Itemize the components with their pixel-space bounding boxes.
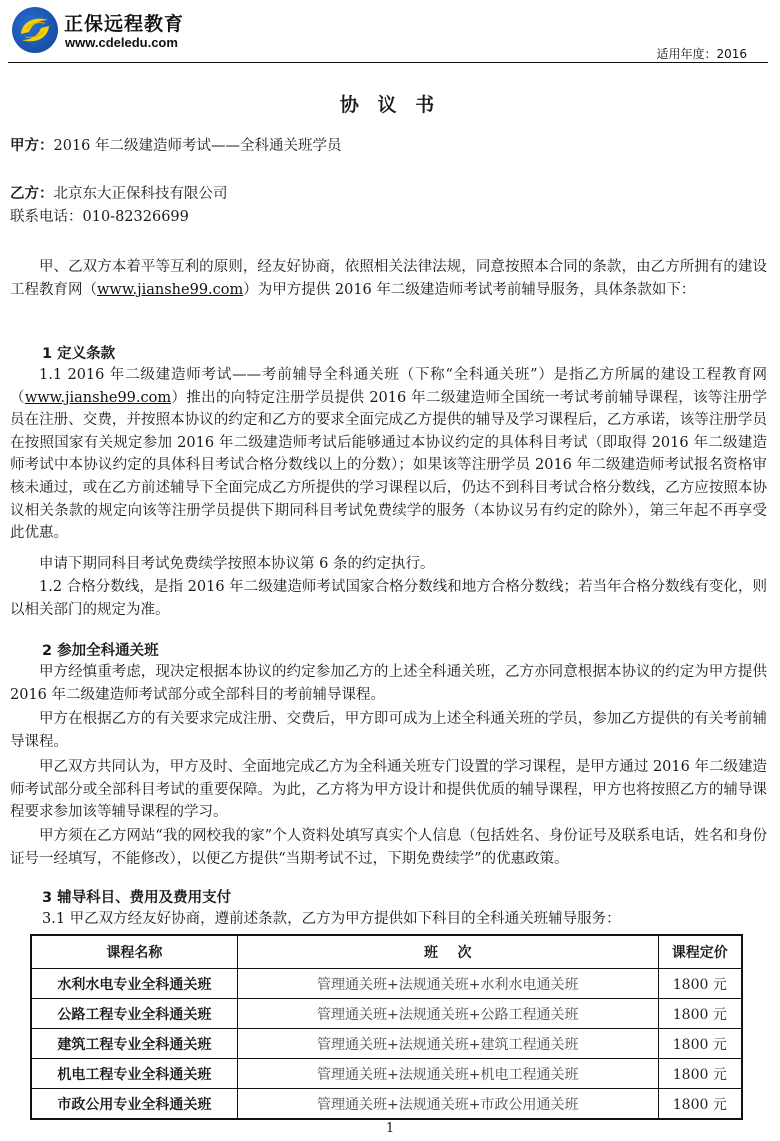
table-row: 公路工程专业全科通关班 管理通关班+法规通关班+公路工程通关班 1800 元 [31, 999, 742, 1029]
header-divider [8, 62, 768, 63]
document-title: 协 议 书 [0, 90, 780, 117]
course-name: 公路工程专业全科通关班 [31, 999, 237, 1029]
table-header-row: 课程名称 班 次 课程定价 [31, 935, 742, 969]
brand-name: 正保远程教育 [64, 9, 184, 36]
course-price: 1800 元 [658, 1089, 742, 1120]
section-3-heading: 3 辅导科目、费用及费用支付 [42, 886, 231, 907]
header-course-name: 课程名称 [31, 935, 237, 969]
course-price: 1800 元 [658, 999, 742, 1029]
table-row: 建筑工程专业全科通关班 管理通关班+法规通关班+建筑工程通关班 1800 元 [31, 1029, 742, 1059]
section-2-heading: 2 参加全科通关班 [42, 639, 159, 660]
table-row: 机电工程专业全科通关班 管理通关班+法规通关班+机电工程通关班 1800 元 [31, 1059, 742, 1089]
course-name: 机电工程专业全科通关班 [31, 1059, 237, 1089]
section-1-heading: 1 定义条款 [42, 342, 115, 363]
course-name: 水利水电专业全科通关班 [31, 969, 237, 999]
header-course-price: 课程定价 [658, 935, 742, 969]
section-1-renewal-note: 申请下期同科目考试免费续学按照本协议第 6 条的约定执行。 [10, 553, 767, 576]
course-classes: 管理通关班+法规通关班+公路工程通关班 [237, 999, 658, 1029]
page-header: 正保远程教育 www.cdeledu.com 适用年度：2016 [0, 0, 780, 64]
section-3-clause-3-1: 3.1 甲乙双方经友好协商，遵前述条款，乙方为甲方提供如下科目的全科通关班辅导服… [42, 908, 768, 930]
contact-label: 联系电话： [10, 209, 83, 225]
party-b-value: 北京东大正保科技有限公司 [54, 186, 228, 202]
course-price: 1800 元 [658, 1029, 742, 1059]
clause-text-cont: ）推出的向特定注册学员提供 2016 年二级建造师全国统一考试考前辅导课程，该等… [10, 390, 767, 542]
brand-url[interactable]: www.cdeledu.com [65, 35, 178, 50]
section-1-clause-1-2: 1.2 合格分数线，是指 2016 年二级建造师考试国家合格分数线和地方合格分数… [10, 576, 767, 621]
section-2-para-2: 甲方在根据乙方的有关要求完成注册、交费后，甲方即可成为上述全科通关班的学员，参加… [10, 708, 767, 753]
section-2-para-1: 甲方经慎重考虑，现决定根据本协议的约定参加乙方的上述全科通关班，乙方亦同意根据本… [10, 661, 767, 706]
course-name: 市政公用专业全科通关班 [31, 1089, 237, 1120]
page-number: 1 [0, 1121, 780, 1136]
course-classes: 管理通关班+法规通关班+建筑工程通关班 [237, 1029, 658, 1059]
course-price: 1800 元 [658, 1059, 742, 1089]
table-row: 市政公用专业全科通关班 管理通关班+法规通关班+市政公用通关班 1800 元 [31, 1089, 742, 1120]
jianshe99-link-2[interactable]: www.jianshe99.com [25, 390, 171, 406]
course-name: 建筑工程专业全科通关班 [31, 1029, 237, 1059]
party-b-line: 乙方：北京东大正保科技有限公司 [10, 183, 768, 205]
contact-value: 010-82326699 [83, 209, 189, 225]
intro-text-cont: ）为甲方提供 2016 年二级建造师考试考前辅导服务，具体条款如下： [243, 282, 695, 298]
course-classes: 管理通关班+法规通关班+市政公用通关班 [237, 1089, 658, 1120]
section-2-para-4: 甲方须在乙方网站“我的网校我的家”个人资料处填写真实个人信息（包括姓名、身份证号… [10, 825, 767, 870]
party-b-label: 乙方： [10, 186, 54, 202]
party-a-value: 2016 年二级建造师考试——全科通关班学员 [54, 138, 342, 154]
course-classes: 管理通关班+法规通关班+水利水电通关班 [237, 969, 658, 999]
section-2-para-3: 甲乙双方共同认为，甲方及时、全面地完成乙方为全科通关班专门设置的学习课程，是甲方… [10, 756, 767, 824]
contact-line: 联系电话：010-82326699 [10, 206, 768, 228]
applicable-year-label: 适用年度：2016 [656, 45, 747, 62]
header-class-schedule: 班 次 [237, 935, 658, 969]
course-pricing-table: 课程名称 班 次 课程定价 水利水电专业全科通关班 管理通关班+法规通关班+水利… [30, 934, 743, 1120]
cdeledu-logo-icon [12, 7, 58, 53]
course-classes: 管理通关班+法规通关班+机电工程通关班 [237, 1059, 658, 1089]
section-1-clause-1-1: 1.1 2016 年二级建造师考试——考前辅导全科通关班（下称“全科通关班”）是… [10, 364, 767, 545]
intro-paragraph: 甲、乙双方本着平等互利的原则，经友好协商，依照相关法律法规，同意按照本合同的条款… [10, 256, 767, 301]
table-row: 水利水电专业全科通关班 管理通关班+法规通关班+水利水电通关班 1800 元 [31, 969, 742, 999]
jianshe99-link[interactable]: www.jianshe99.com [97, 282, 243, 298]
party-a-label: 甲方： [10, 138, 54, 154]
course-price: 1800 元 [658, 969, 742, 999]
party-a-line: 甲方：2016 年二级建造师考试——全科通关班学员 [10, 135, 768, 157]
